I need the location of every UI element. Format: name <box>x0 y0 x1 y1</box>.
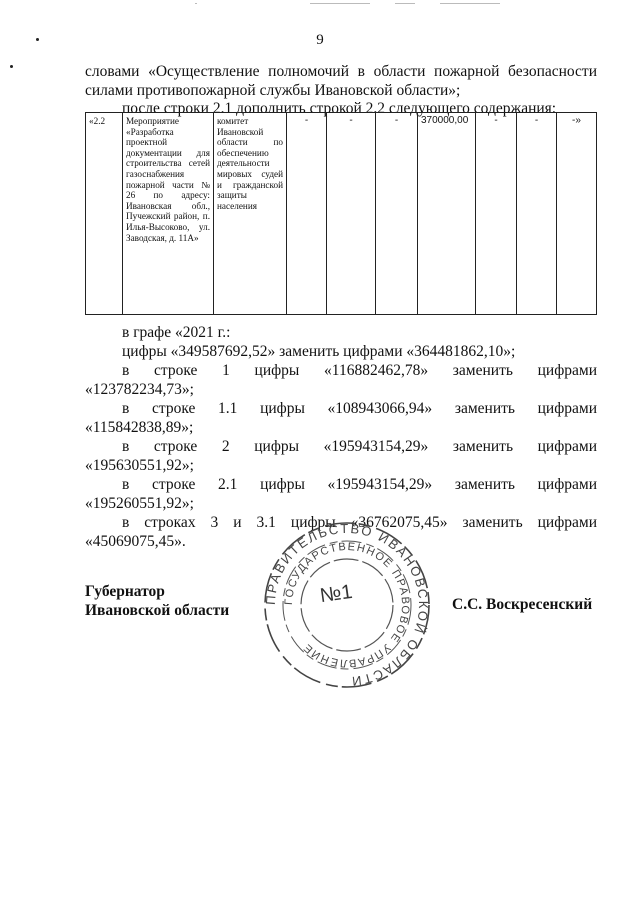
cell-col10: -» <box>557 113 597 315</box>
changes-graph: в графе «2021 г.: <box>85 323 597 342</box>
scan-artifact <box>310 3 370 4</box>
change-cont: «123782234,73»; <box>85 380 597 399</box>
cell-col6: - <box>376 113 418 315</box>
intro-line-1: словами «Осуществление полномочий в обла… <box>85 62 597 81</box>
cell-col5: - <box>327 113 376 315</box>
scan-artifact <box>440 3 500 4</box>
change-cont: «195630551,92»; <box>85 456 597 475</box>
official-stamp-icon: ПРАВИТЕЛЬСТВО ИВАНОВСКОЙ ОБЛАСТИ ГОСУДАР… <box>262 520 432 690</box>
signatory-name: С.С. Воскресенский <box>452 596 592 614</box>
change-cont: «115842838,89»; <box>85 418 597 437</box>
table-row: «2.2 Мероприятие «Разработка проектной д… <box>86 113 597 315</box>
cell-executor: комитет Ивановской области по обеспечени… <box>214 113 287 315</box>
scan-dot <box>10 65 13 68</box>
cell-col4: - <box>287 113 327 315</box>
cell-row-number: «2.2 <box>86 113 123 315</box>
cell-event: Мероприятие «Разработка проектной докуме… <box>123 113 214 315</box>
stamp-number: №1 <box>319 581 354 608</box>
change-line: в строке 2.1 цифры «195943154,29» замени… <box>85 475 597 494</box>
cell-col8: - <box>476 113 517 315</box>
change-line: в строке 1.1 цифры «108943066,94» замени… <box>85 399 597 418</box>
signatory-title: Губернатор Ивановской области <box>85 582 229 620</box>
change-line: в строке 2 цифры «195943154,29» заменить… <box>85 437 597 456</box>
changes-text: в графе «2021 г.: цифры «349587692,52» з… <box>85 323 597 551</box>
intro-text: словами «Осуществление полномочий в обла… <box>85 62 597 118</box>
change-line: в строке 1 цифры «116882462,78» заменить… <box>85 361 597 380</box>
svg-text:ГОСУДАРСТВЕННОЕ ПРАВОВОЕ УПРАВ: ГОСУДАРСТВЕННОЕ ПРАВОВОЕ УПРАВЛЕНИЕ <box>283 541 411 669</box>
signatory-title-line-2: Ивановской области <box>85 601 229 620</box>
intro-line-2: силами противопожарной службы Ивановской… <box>85 81 597 100</box>
scan-artifact <box>195 3 197 4</box>
cell-col9: - <box>517 113 557 315</box>
signatory-title-line-1: Губернатор <box>85 582 229 601</box>
change-cont: «195260551,92»; <box>85 494 597 513</box>
cell-col7-amount: 370000,00 <box>418 113 476 315</box>
page-number: 9 <box>0 32 640 49</box>
scan-artifact <box>395 3 415 4</box>
changes-total: цифры «349587692,52» заменить цифрами «3… <box>85 342 597 361</box>
inserted-row-table: «2.2 Мероприятие «Разработка проектной д… <box>85 112 597 315</box>
